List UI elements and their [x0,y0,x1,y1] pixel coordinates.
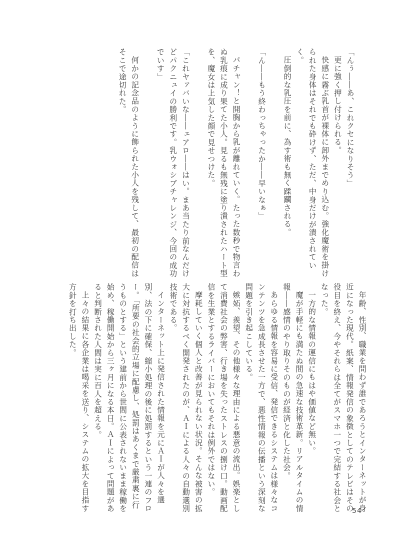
bottom-text-block: 年齢、性別、職業を問わず誰であろうとインターネットが身近になった現代。紙案、情報… [66,283,368,513]
narration-paragraph: 上々の結果に各企業は喝采を送り、システムの拡大を目指す方針を打ち出した。 [66,283,91,513]
narration-paragraph: パチャン！と開胸から乳が離れていく。たった数秒で物言わぬ乳痕に成り果てた小人。見… [204,48,242,278]
dialog-line: 「んぅ――あ、これクセになりそう」 [343,48,356,278]
narration-paragraph: 更に強く押し付けられる。 [331,48,344,278]
top-text-block: 「んぅ――あ、これクセになりそう」 更に強く押し付けられる。 快感に霧ぶ乳首が裸… [116,48,356,278]
narration-paragraph: インターネット上に発信された情報を元にＡＩが人々を選別、法の下に確保、縮小処理の… [91,283,167,513]
narration-paragraph: 摩耗していく個人と改善が見られない状況。そんな被害の拡大に対抗するべく開発された… [167,283,205,513]
narration-paragraph: 魔が手軽にも満たぬ間の急速な技術革新。リアルタイムの情報――感情のやり取りそのも… [280,283,305,513]
narration-paragraph: 快感に霧ぶ乳首が裸体に卸外までめり込む。強化魔術を掛けられた身体はそれでも砕けず… [293,48,331,278]
dialog-line: 「ん――もう終わっちゃったか――早いなぁ」 [255,48,268,278]
narration-paragraph: 何かの記念品のように飾られた小人を残して、最初の配信はそこで途切れた。 [116,48,141,278]
dialog-line: 「これヤァバいな――ェアロ――はい。まあ当たり前なんだけどパクニュイの勝利です。… [154,48,192,278]
narration-paragraph: 一方的な情報の運信にもはや価値など無い。 [305,283,318,513]
narration-paragraph: 圧倒的な乳圧を前に、為す術も無く蹂躙される。 [280,48,293,278]
page-number: 54 [352,507,362,515]
narration-paragraph: 嫉妬、羨望、その他様々な理由による悪意の流出。娯楽として消費社会の弊害、行き場を… [204,283,242,513]
narration-paragraph: あらゆる情報を容易に受信、発信できるシステムは様々なコンテンツを急成長させた一方… [242,283,280,513]
narration-paragraph: 年齢、性別、職業を問わず誰であろうとインターネットが身近になった現代。紙案、情報… [318,283,368,513]
